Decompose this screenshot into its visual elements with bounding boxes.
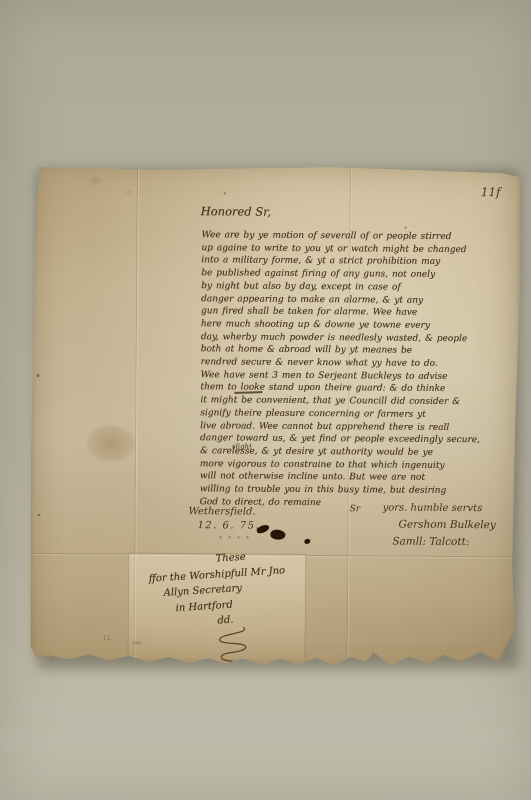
ink-speck — [405, 227, 407, 229]
closing-sir: Sr — [350, 504, 361, 515]
address-block: These ffor the Worshipfull Mr Jno Allyn … — [147, 547, 288, 633]
pencil-archival-number: 11. — [103, 634, 113, 641]
ink-speck — [38, 514, 41, 516]
valediction: yors. humble servts — [383, 502, 483, 515]
interlineation-insert: slight — [232, 442, 252, 450]
folio-number: 11f — [481, 185, 501, 199]
paper-stain — [86, 424, 136, 462]
ink-speck — [36, 374, 39, 377]
dateline-date: 12. 6. 75. — [197, 520, 260, 532]
letter-body: Wee are by ye motion of severall of or p… — [200, 229, 524, 511]
foxing-spot — [89, 174, 103, 186]
pencil-mark — [133, 642, 142, 644]
ink-blot — [304, 539, 310, 544]
letter-paper: 11f Honored Sr, Wee are by ye motion of … — [29, 162, 521, 677]
salutation: Honored Sr, — [201, 204, 271, 218]
signature-gershom-bulkeley: Gershom Bulkeley — [398, 519, 495, 533]
dateline-place: Wethersfield. — [189, 506, 256, 518]
photo-of-letter: 11f Honored Sr, Wee are by ye motion of … — [0, 0, 531, 800]
pencil-dots — [219, 536, 251, 538]
signature-samuel-talcott: Samll: Talcott: — [392, 536, 469, 550]
foxing-spot — [125, 189, 133, 196]
ink-blot — [270, 528, 287, 541]
ink-speck — [224, 192, 226, 194]
